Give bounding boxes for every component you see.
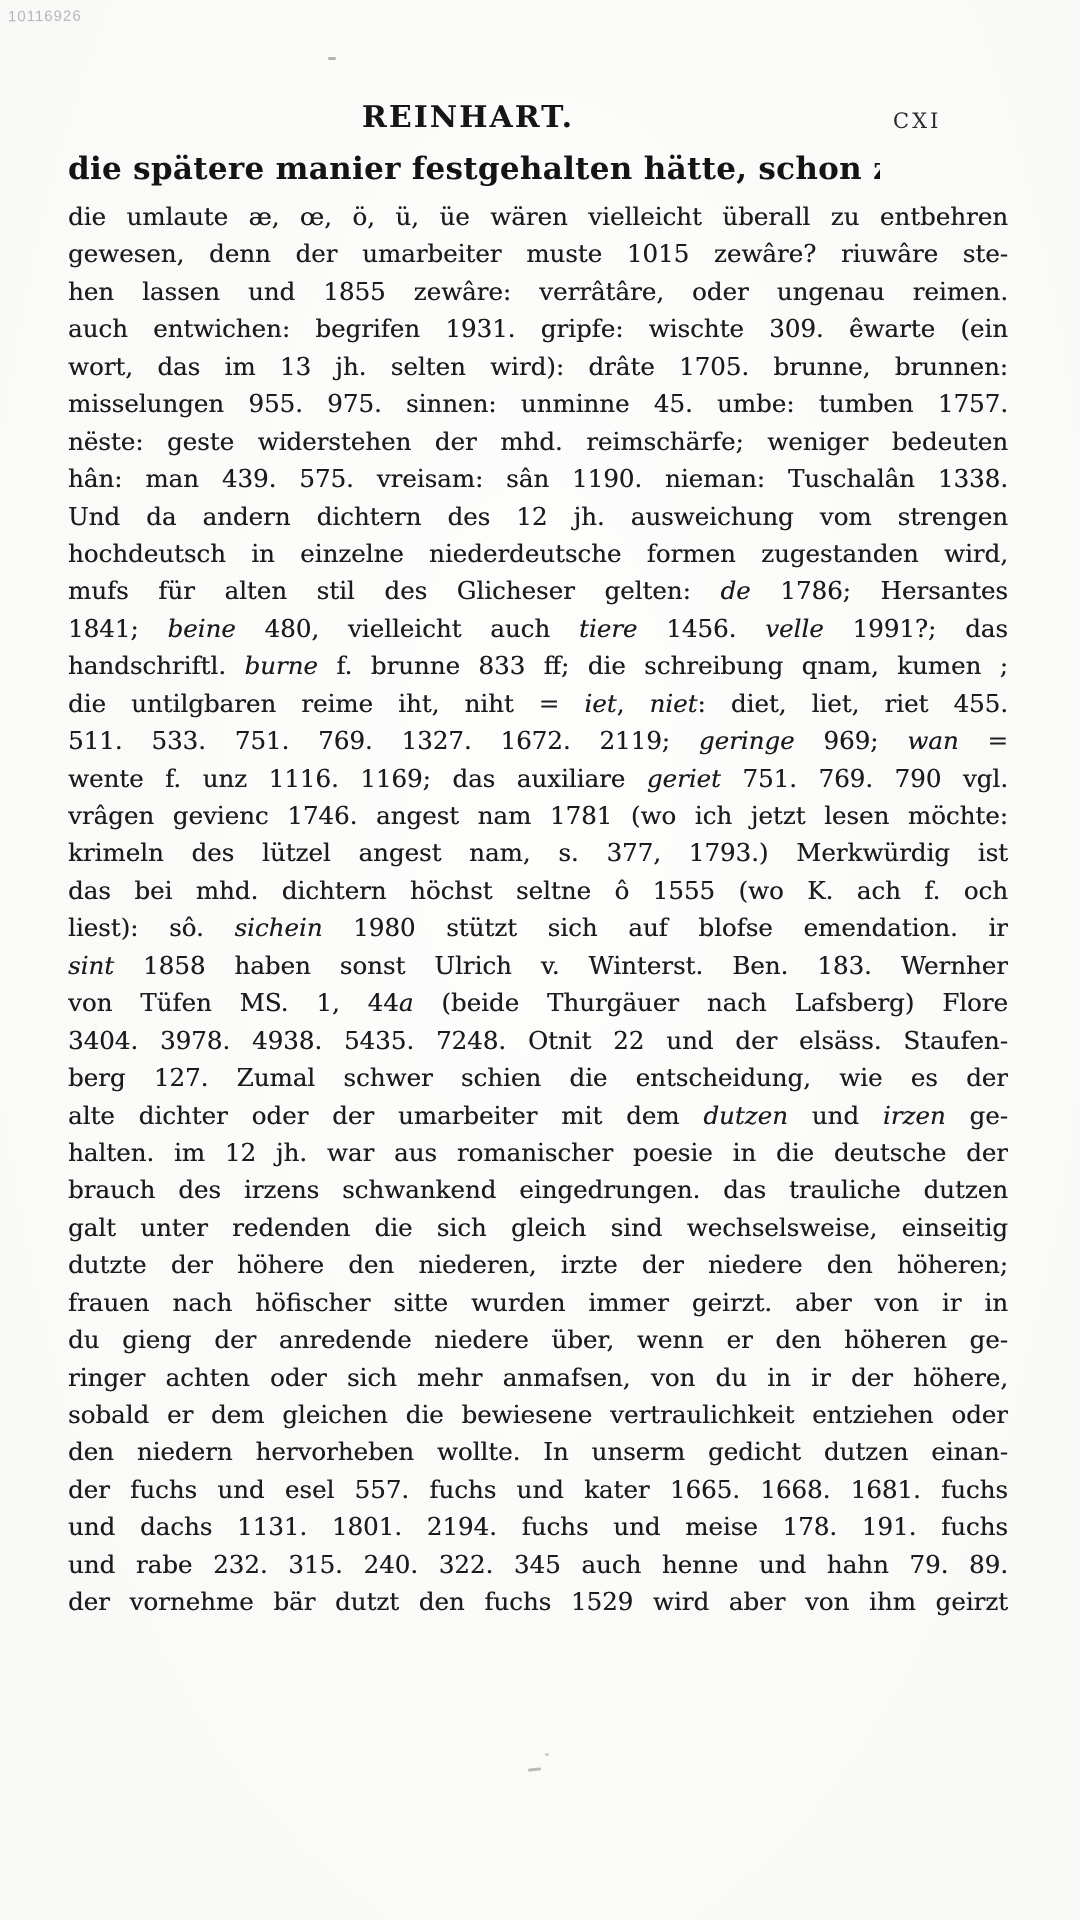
italic-word: burne [244, 651, 317, 680]
scanned-page: 10116926 REINHART. CXI die spätere manie… [0, 0, 1080, 1920]
italic-word: velle [765, 614, 824, 643]
text-line: vrâgen gevienc 1746. angest nam 1781 (wo… [68, 797, 1008, 834]
page-number: CXI [893, 109, 941, 133]
italic-word: tiere [579, 614, 637, 643]
text-segment: = [959, 726, 1008, 755]
text-segment: und dachs 1131. 1801. 2194. fuchs und me… [68, 1512, 1008, 1541]
text-segment: hen lassen und 1855 zewâre: verrâtâre, o… [68, 277, 1008, 306]
text-line: auch entwichen: begrifen 1931. gripfe: w… [68, 310, 1008, 347]
text-segment: alte dichter oder der umarbeiter mit dem [68, 1101, 703, 1130]
text-segment: 1980 stützt sich auf blofse emendation. … [322, 913, 1008, 942]
italic-word: sichein [234, 913, 322, 942]
text-segment: ge- [946, 1101, 1008, 1130]
text-line: mufs für alten stil des Glicheser gelten… [68, 572, 1008, 609]
italic-word: wan [907, 726, 958, 755]
text-line: frauen nach höfischer sitte wurden immer… [68, 1284, 1008, 1321]
text-segment: halten. im 12 jh. war aus romanischer po… [68, 1138, 1008, 1167]
text-segment: 969; [795, 726, 908, 755]
italic-word: niet [650, 689, 698, 718]
text-line: brauch des irzens schwankend eingedrunge… [68, 1171, 1008, 1208]
text-segment: sobald er dem gleichen die bewiesene ver… [68, 1400, 1008, 1429]
text-segment: dutzte der höhere den niederen, irzte de… [68, 1250, 1008, 1279]
text-segment: die untilgbaren reime iht, niht = [68, 689, 584, 718]
text-segment: 1786; Hersantes [751, 576, 1008, 605]
scan-artifact-dot [545, 1753, 549, 1756]
text-segment: 3404. 3978. 4938. 5435. 7248. Otnit 22 u… [68, 1026, 1008, 1055]
text-line: von Tüfen MS. 1, 44a (beide Thurgäuer na… [68, 984, 1008, 1021]
text-segment: und rabe 232. 315. 240. 322. 345 auch he… [68, 1550, 1008, 1579]
italic-word: a [399, 988, 414, 1017]
text-line: die untilgbaren reime iht, niht = iet, n… [68, 685, 1008, 722]
text-line: hen lassen und 1855 zewâre: verrâtâre, o… [68, 273, 1008, 310]
text-segment: der vornehme bär dutzt den fuchs 1529 wi… [68, 1587, 1008, 1616]
text-line: nëste: geste widerstehen der mhd. reimsc… [68, 423, 1008, 460]
body-text: die umlaute æ, œ, ö, ü, üe wären viellei… [68, 198, 1008, 1621]
text-line: halten. im 12 jh. war aus romanischer po… [68, 1134, 1008, 1171]
text-line: sint 1858 haben sonst Ulrich v. Winterst… [68, 947, 1008, 984]
text-line: krimeln des lützel angest nam, s. 377, 1… [68, 834, 1008, 871]
text-segment: die umlaute æ, œ, ö, ü, üe wären viellei… [68, 202, 1008, 231]
text-segment: f. brunne 833 ff; die schreibung qnam, k… [318, 651, 1008, 680]
text-segment: nëste: geste widerstehen der mhd. reimsc… [68, 427, 1008, 456]
text-line: und dachs 1131. 1801. 2194. fuchs und me… [68, 1508, 1008, 1545]
text-segment: 1858 haben sonst Ulrich v. Winterst. Ben… [114, 951, 1008, 980]
text-line: 511. 533. 751. 769. 1327. 1672. 2119; ge… [68, 722, 1008, 759]
text-segment: auch entwichen: begrifen 1931. gripfe: w… [68, 314, 1008, 343]
text-segment: 751. 769. 790 vgl. [721, 764, 1008, 793]
lead-text-line: die spätere manier festgehalten hätte, s… [68, 151, 880, 187]
italic-word: dutzen [703, 1101, 788, 1130]
library-stamp-number: 10116926 [8, 8, 82, 26]
text-line: und rabe 232. 315. 240. 322. 345 auch he… [68, 1546, 1008, 1583]
text-segment: der fuchs und esel 557. fuchs und kater … [68, 1475, 1008, 1504]
text-line: liest): sô. sichein 1980 stützt sich auf… [68, 909, 1008, 946]
text-segment: (beide Thurgäuer nach Lafsberg) Flore [413, 988, 1008, 1017]
italic-word: geringe [699, 726, 795, 755]
text-line: der vornehme bär dutzt den fuchs 1529 wi… [68, 1583, 1008, 1620]
italic-word: geriet [647, 764, 721, 793]
text-line: handschriftl. burne f. brunne 833 ff; di… [68, 647, 1008, 684]
text-segment: 1991?; das [824, 614, 1008, 643]
text-line: hân: man 439. 575. vreisam: sân 1190. ni… [68, 460, 1008, 497]
ink-speck [328, 57, 336, 60]
text-line: der fuchs und esel 557. fuchs und kater … [68, 1471, 1008, 1508]
text-segment: mufs für alten stil des Glicheser gelten… [68, 576, 720, 605]
text-segment: du gieng der anredende niedere über, wen… [68, 1325, 1008, 1354]
text-segment: 1456. [637, 614, 765, 643]
text-segment: hochdeutsch in einzelne niederdeutsche f… [68, 539, 1008, 568]
text-line: wente f. unz 1116. 1169; das auxiliare g… [68, 760, 1008, 797]
text-line: das bei mhd. dichtern höchst seltne ô 15… [68, 872, 1008, 909]
text-segment: galt unter redenden die sich gleich sind… [68, 1213, 1008, 1242]
text-line: alte dichter oder der umarbeiter mit dem… [68, 1097, 1008, 1134]
running-head-title: REINHART. [362, 100, 574, 135]
text-line: den niedern hervorheben wollte. In unser… [68, 1433, 1008, 1470]
text-line: du gieng der anredende niedere über, wen… [68, 1321, 1008, 1358]
text-segment: 511. 533. 751. 769. 1327. 1672. 2119; [68, 726, 699, 755]
text-segment: vrâgen gevienc 1746. angest nam 1781 (wo… [68, 801, 1008, 830]
text-line: gewesen, denn der umarbeiter muste 1015 … [68, 235, 1008, 272]
text-segment: , [617, 689, 650, 718]
text-segment: brauch des irzens schwankend eingedrunge… [68, 1175, 1008, 1204]
text-line: dutzte der höhere den niederen, irzte de… [68, 1246, 1008, 1283]
text-segment: hân: man 439. 575. vreisam: sân 1190. ni… [68, 464, 1008, 493]
text-segment: frauen nach höfischer sitte wurden immer… [68, 1288, 1008, 1317]
italic-word: de [720, 576, 750, 605]
text-line: Und da andern dichtern des 12 jh. auswei… [68, 498, 1008, 535]
text-segment: gewesen, denn der umarbeiter muste 1015 … [68, 239, 1008, 268]
text-segment: : diet, liet, riet 455. [697, 689, 1008, 718]
scan-artifact-mark [528, 1767, 541, 1771]
text-line: 1841; beine 480, vielleicht auch tiere 1… [68, 610, 1008, 647]
text-segment: berg 127. Zumal schwer schien die entsch… [68, 1063, 1008, 1092]
text-line: hochdeutsch in einzelne niederdeutsche f… [68, 535, 1008, 572]
italic-word: sint [68, 951, 114, 980]
text-segment: von Tüfen MS. 1, 44 [68, 988, 399, 1017]
italic-word: beine [167, 614, 235, 643]
text-segment: 1841; [68, 614, 167, 643]
text-segment: liest): sô. [68, 913, 234, 942]
text-segment: das bei mhd. dichtern höchst seltne ô 15… [68, 876, 1008, 905]
text-segment: wente f. unz 1116. 1169; das auxiliare [68, 764, 647, 793]
italic-word: irzen [883, 1101, 946, 1130]
italic-word: iet [584, 689, 616, 718]
text-line: ringer achten oder sich mehr anmafsen, v… [68, 1359, 1008, 1396]
text-line: galt unter redenden die sich gleich sind… [68, 1209, 1008, 1246]
text-segment: und [788, 1101, 883, 1130]
text-line: misselungen 955. 975. sinnen: unminne 45… [68, 385, 1008, 422]
text-segment: wort, das im 13 jh. selten wird): drâte … [68, 352, 1008, 381]
text-line: berg 127. Zumal schwer schien die entsch… [68, 1059, 1008, 1096]
text-segment: krimeln des lützel angest nam, s. 377, 1… [68, 838, 1008, 867]
text-segment: den niedern hervorheben wollte. In unser… [68, 1437, 1008, 1466]
text-segment: ringer achten oder sich mehr anmafsen, v… [68, 1363, 1008, 1392]
text-line: die umlaute æ, œ, ö, ü, üe wären viellei… [68, 198, 1008, 235]
text-line: sobald er dem gleichen die bewiesene ver… [68, 1396, 1008, 1433]
text-segment: handschriftl. [68, 651, 244, 680]
text-segment: Und da andern dichtern des 12 jh. auswei… [68, 502, 1008, 531]
text-segment: 480, vielleicht auch [236, 614, 579, 643]
text-segment: misselungen 955. 975. sinnen: unminne 45… [68, 389, 1008, 418]
text-line: 3404. 3978. 4938. 5435. 7248. Otnit 22 u… [68, 1022, 1008, 1059]
text-line: wort, das im 13 jh. selten wird): drâte … [68, 348, 1008, 385]
